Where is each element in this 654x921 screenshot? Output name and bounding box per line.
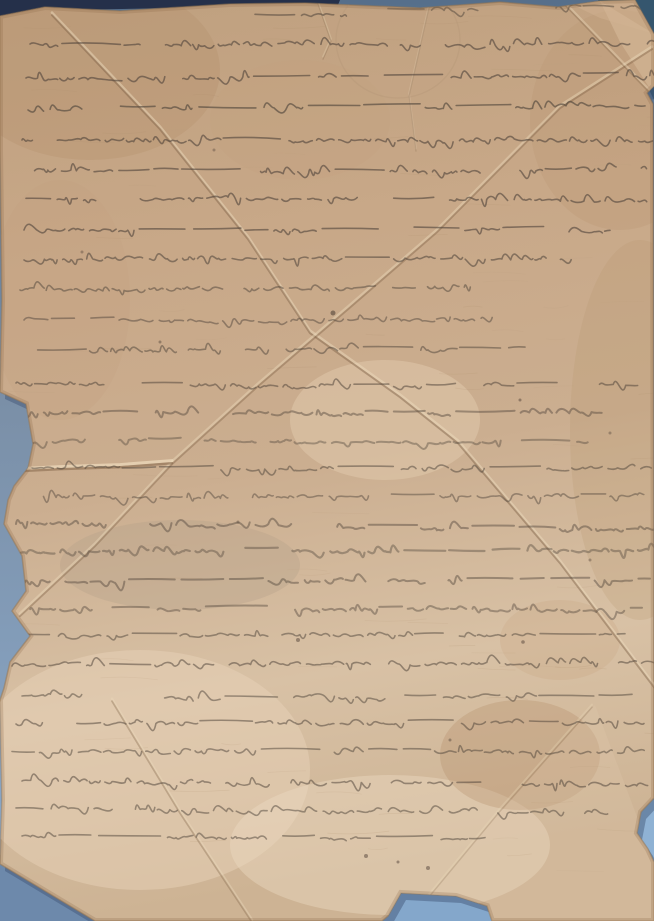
ink-speck	[81, 251, 84, 254]
stain-mark	[290, 360, 480, 480]
ink-speck	[609, 432, 612, 435]
photo-stage	[0, 0, 654, 921]
stain-mark	[210, 60, 390, 180]
ink-speck	[521, 640, 525, 644]
ink-speck	[237, 521, 240, 524]
ink-speck	[364, 854, 368, 858]
ink-speck	[426, 866, 430, 870]
ink-speck	[296, 638, 300, 642]
ink-speck	[397, 861, 400, 864]
ink-speck	[519, 399, 522, 402]
ink-speck	[331, 311, 336, 316]
stain-mark	[500, 600, 620, 680]
manuscript-photo	[0, 0, 654, 921]
ink-speck	[589, 559, 592, 562]
ink-speck	[159, 341, 162, 344]
ink-speck	[449, 739, 452, 742]
ink-speck	[213, 149, 216, 152]
stain-mark	[60, 520, 300, 610]
